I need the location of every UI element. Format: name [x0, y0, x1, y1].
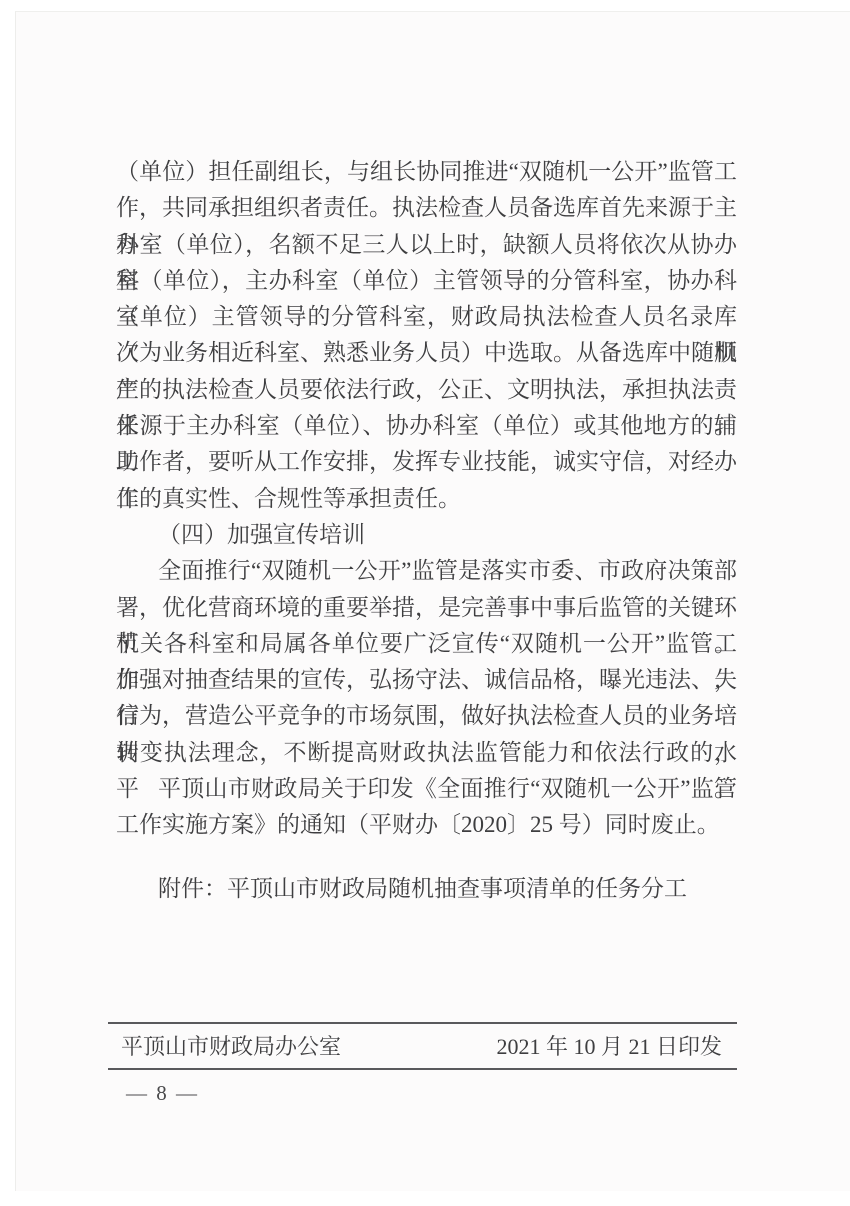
body-line: 来源于主办科室（单位）、协办科室（单位）或其他地方的辅助: [116, 408, 737, 444]
scanned-document-page: （单位）担任副组长，与组长协同推进“双随机一公开”监管工 作，共同承担组织者责任…: [0, 0, 850, 1206]
body-line: 平顶山市财政局关于印发《全面推行“双随机一公开”监管: [116, 771, 737, 807]
body-line: 作的真实性、合规性等承担责任。: [116, 481, 737, 517]
body-line: （单位）担任副组长，与组长协同推进“双随机一公开”监管工: [116, 154, 737, 190]
footer-issuer: 平顶山市财政局办公室: [121, 1031, 341, 1063]
body-line: 转变执法理念，不断提高财政执法监管能力和依法行政的水平。: [116, 735, 737, 771]
body-line: 全面推行“双随机一公开”监管是落实市委、市政府决策部: [116, 553, 737, 589]
body-line: 次为业务相近科室、熟悉业务人员）中选取。从备选库中随机产: [116, 335, 737, 371]
body-line: 工作者，要听从工作安排，发挥专业技能，诚实守信，对经办工: [116, 444, 737, 480]
body-line: 室（单位），主办科室（单位）主管领导的分管科室，协办科室: [116, 263, 737, 299]
body-line: 作，共同承担组织者责任。执法检查人员备选库首先来源于主办: [116, 190, 737, 226]
footer-print-date: 2021 年 10 月 21 日印发: [496, 1031, 722, 1063]
body-line: 机关各科室和局属各单位要广泛宣传“双随机一公开”监管工作，: [116, 626, 737, 662]
page-number: — 8 —: [126, 1078, 199, 1108]
footer-rule-top: [108, 1022, 737, 1024]
body-line: 署，优化营商环境的重要举措，是完善事中事后监管的关键环节。: [116, 590, 737, 626]
body-line: 行为，营造公平竞争的市场氛围，做好执法检查人员的业务培训，: [116, 698, 737, 734]
body-text: （单位）担任副组长，与组长协同推进“双随机一公开”监管工 作，共同承担组织者责任…: [116, 154, 737, 844]
body-line: 加强对抽查结果的宣传，弘扬守法、诚信品格，曝光违法、失信: [116, 662, 737, 698]
body-line: （单位）主管领导的分管科室，财政局执法检查人员名录库（顺: [116, 299, 737, 335]
body-line: 工作实施方案》的通知（平财办〔2020〕25 号）同时废止。: [116, 807, 737, 843]
section-heading: （四）加强宣传培训: [116, 517, 737, 553]
attachment-line: 附件：平顶山市财政局随机抽查事项清单的任务分工: [116, 871, 737, 907]
body-line: 生的执法检查人员要依法行政，公正、文明执法，承担执法责任。: [116, 372, 737, 408]
body-line: 科室（单位），名额不足三人以上时，缺额人员将依次从协办科: [116, 227, 737, 263]
footer-rule-bottom: [108, 1068, 737, 1070]
